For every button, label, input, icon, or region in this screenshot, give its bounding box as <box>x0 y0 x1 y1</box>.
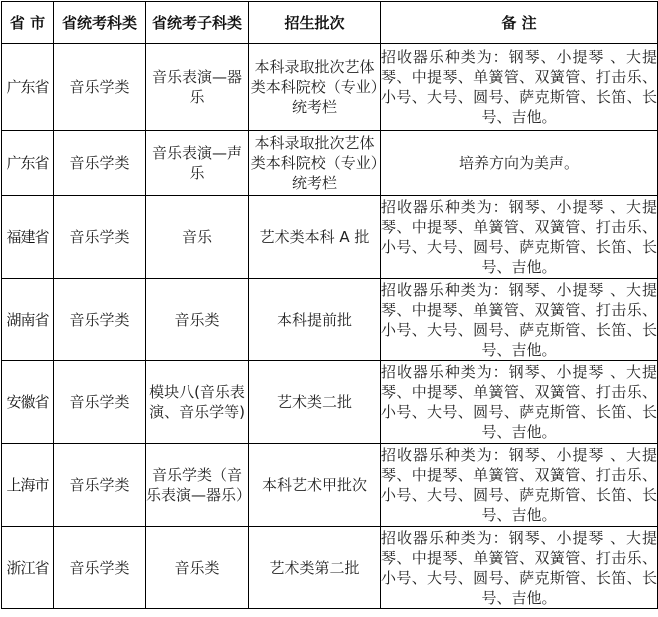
header-admission-batch: 招生批次 <box>249 2 381 44</box>
table-row: 安徽省 音乐学类 模块八(音乐表演、音乐学等) 艺术类二批 招收器乐种类为：钢琴… <box>2 361 658 444</box>
cell-exam-subcategory: 音乐表演—声乐 <box>146 131 249 196</box>
cell-exam-category: 音乐学类 <box>54 196 146 279</box>
table-row: 广东省 音乐学类 音乐表演—器乐 本科录取批次艺体类本科院校（专业）统考栏 招收… <box>2 44 658 131</box>
table-row: 广东省 音乐学类 音乐表演—声乐 本科录取批次艺体类本科院校（专业）统考栏 培养… <box>2 131 658 196</box>
remarks-text: 培养方向为美声。 <box>381 153 657 173</box>
table-row: 湖南省 音乐学类 音乐类 本科提前批 招收器乐种类为：钢琴、小提琴 、大提琴、中… <box>2 279 658 361</box>
cell-remarks: 招收器乐种类为：钢琴、小提琴 、大提琴、中提琴、单簧管、双簧管、打击乐、小号、大… <box>381 279 658 361</box>
table-row: 浙江省 音乐学类 音乐类 艺术类第二批 招收器乐种类为：钢琴、小提琴 、大提琴、… <box>2 527 658 609</box>
header-remarks: 备 注 <box>381 2 658 44</box>
cell-admission-batch: 本科录取批次艺体类本科院校（专业）统考栏 <box>249 44 381 131</box>
header-province: 省 市 <box>2 2 54 44</box>
admissions-table: 省 市 省统考科类 省统考子科类 招生批次 备 注 广东省 音乐学类 音乐表演—… <box>1 1 658 609</box>
cell-exam-category: 音乐学类 <box>54 527 146 609</box>
cell-remarks: 培养方向为美声。 <box>381 131 658 196</box>
table-row: 福建省 音乐学类 音乐 艺术类本科 A 批 招收器乐种类为：钢琴、小提琴 、大提… <box>2 196 658 279</box>
cell-admission-batch: 艺术类本科 A 批 <box>249 196 381 279</box>
cell-exam-subcategory: 音乐 <box>146 196 249 279</box>
cell-exam-subcategory: 音乐类 <box>146 279 249 361</box>
cell-admission-batch: 本科艺术甲批次 <box>249 444 381 527</box>
remarks-text: 招收器乐种类为：钢琴、小提琴 、大提琴、中提琴、单簧管、双簧管、打击乐、小号、大… <box>381 197 657 277</box>
cell-exam-subcategory: 模块八(音乐表演、音乐学等) <box>146 361 249 444</box>
cell-admission-batch: 本科录取批次艺体类本科院校（专业）统考栏 <box>249 131 381 196</box>
header-exam-category: 省统考科类 <box>54 2 146 44</box>
cell-admission-batch: 艺术类第二批 <box>249 527 381 609</box>
cell-remarks: 招收器乐种类为：钢琴、小提琴 、大提琴、中提琴、单簧管、双簧管、打击乐、小号、大… <box>381 44 658 131</box>
cell-province: 湖南省 <box>2 279 54 361</box>
remarks-text: 招收器乐种类为：钢琴、小提琴 、大提琴、中提琴、单簧管、双簧管、打击乐、小号、大… <box>381 528 657 608</box>
cell-province: 浙江省 <box>2 527 54 609</box>
cell-remarks: 招收器乐种类为：钢琴、小提琴 、大提琴、中提琴、单簧管、双簧管、打击乐、小号、大… <box>381 361 658 444</box>
cell-exam-subcategory: 音乐类 <box>146 527 249 609</box>
table-row: 上海市 音乐学类 音乐学类（音乐表演—器乐） 本科艺术甲批次 招收器乐种类为：钢… <box>2 444 658 527</box>
cell-province: 安徽省 <box>2 361 54 444</box>
cell-province: 广东省 <box>2 44 54 131</box>
cell-exam-subcategory: 音乐表演—器乐 <box>146 44 249 131</box>
cell-province: 广东省 <box>2 131 54 196</box>
cell-exam-category: 音乐学类 <box>54 444 146 527</box>
remarks-text: 招收器乐种类为：钢琴、小提琴 、大提琴、中提琴、单簧管、双簧管、打击乐、小号、大… <box>381 445 657 525</box>
header-exam-subcategory: 省统考子科类 <box>146 2 249 44</box>
cell-exam-category: 音乐学类 <box>54 361 146 444</box>
cell-admission-batch: 本科提前批 <box>249 279 381 361</box>
cell-exam-category: 音乐学类 <box>54 279 146 361</box>
cell-remarks: 招收器乐种类为：钢琴、小提琴 、大提琴、中提琴、单簧管、双簧管、打击乐、小号、大… <box>381 196 658 279</box>
remarks-text: 招收器乐种类为：钢琴、小提琴 、大提琴、中提琴、单簧管、双簧管、打击乐、小号、大… <box>381 47 657 127</box>
cell-remarks: 招收器乐种类为：钢琴、小提琴 、大提琴、中提琴、单簧管、双簧管、打击乐、小号、大… <box>381 527 658 609</box>
cell-province: 上海市 <box>2 444 54 527</box>
remarks-text: 招收器乐种类为：钢琴、小提琴 、大提琴、中提琴、单簧管、双簧管、打击乐、小号、大… <box>381 280 657 360</box>
cell-exam-category: 音乐学类 <box>54 44 146 131</box>
remarks-text: 招收器乐种类为：钢琴、小提琴 、大提琴、中提琴、单簧管、双簧管、打击乐、小号、大… <box>381 362 657 442</box>
cell-exam-category: 音乐学类 <box>54 131 146 196</box>
cell-exam-subcategory: 音乐学类（音乐表演—器乐） <box>146 444 249 527</box>
cell-province: 福建省 <box>2 196 54 279</box>
cell-remarks: 招收器乐种类为：钢琴、小提琴 、大提琴、中提琴、单簧管、双簧管、打击乐、小号、大… <box>381 444 658 527</box>
cell-admission-batch: 艺术类二批 <box>249 361 381 444</box>
header-row: 省 市 省统考科类 省统考子科类 招生批次 备 注 <box>2 2 658 44</box>
